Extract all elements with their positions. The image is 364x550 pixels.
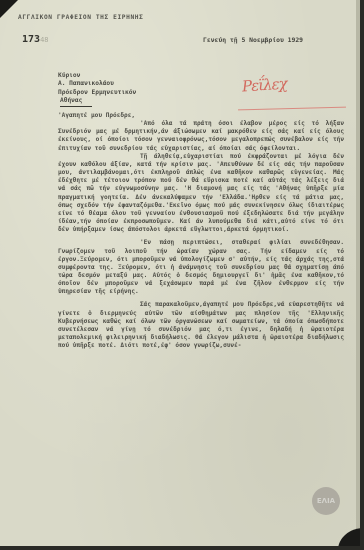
protocol-number: 17348	[22, 34, 49, 45]
dateline: Γενεύη τῇ 5 Νοεμβρίου 1929	[203, 36, 303, 44]
handwritten-annotation: Ρεΐλεχ	[238, 74, 348, 114]
scanned-letter-page: ΑΓΓΛΙΚΟΝ ΓΡΑΦΕΙΟΝ ΤΗΣ ΕΙΡΗΝΗΣ 17348 Γενε…	[0, 0, 360, 546]
paragraph: Τῇ άληθείᾳ,εὐχαριστίαι πού έκφράζονται μ…	[58, 153, 344, 235]
stamp-label: ΕΛΙΑ	[317, 497, 335, 505]
salutation: 'Αγαπητέ μου Πρόεδρε,	[58, 112, 344, 120]
paragraph: 'Εν πάσῃ περιπτώσει, σταθεραί φιλίαι συν…	[58, 239, 344, 296]
addressee-line: Α. Παπανικολάου	[58, 80, 136, 88]
folded-corner	[0, 0, 18, 18]
paragraph: Σάς παρακαλοῦμεν,άγαπητέ μου Πρόεδρε,νά …	[58, 301, 344, 350]
letterhead: ΑΓΓΛΙΚΟΝ ΓΡΑΦΕΙΟΝ ΤΗΣ ΕΙΡΗΝΗΣ	[18, 14, 143, 21]
addressee-block: Κύριον Α. Παπανικολάου Πρόεδρον Ερμηνευτ…	[58, 72, 136, 107]
page-edge	[356, 0, 360, 546]
protocol-number-main: 173	[22, 34, 40, 45]
paragraph: 'Από όλα τά πράτη όσοι έλαβον μέρος είς …	[58, 120, 344, 153]
addressee-line: Πρόεδρον Ερμηνευτικόν	[58, 89, 136, 97]
protocol-number-suffix: 48	[40, 36, 48, 44]
archive-stamp-icon: ΕΛΙΑ	[312, 487, 340, 515]
torn-corner	[338, 528, 360, 546]
signature-text: Ρεΐλεχ	[241, 74, 287, 95]
addressee-city: Αθήνας	[60, 97, 92, 106]
signature-underline	[238, 107, 346, 111]
letter-body: 'Αγαπητέ μου Πρόεδρε, 'Από όλα τά πράτη …	[58, 112, 344, 350]
